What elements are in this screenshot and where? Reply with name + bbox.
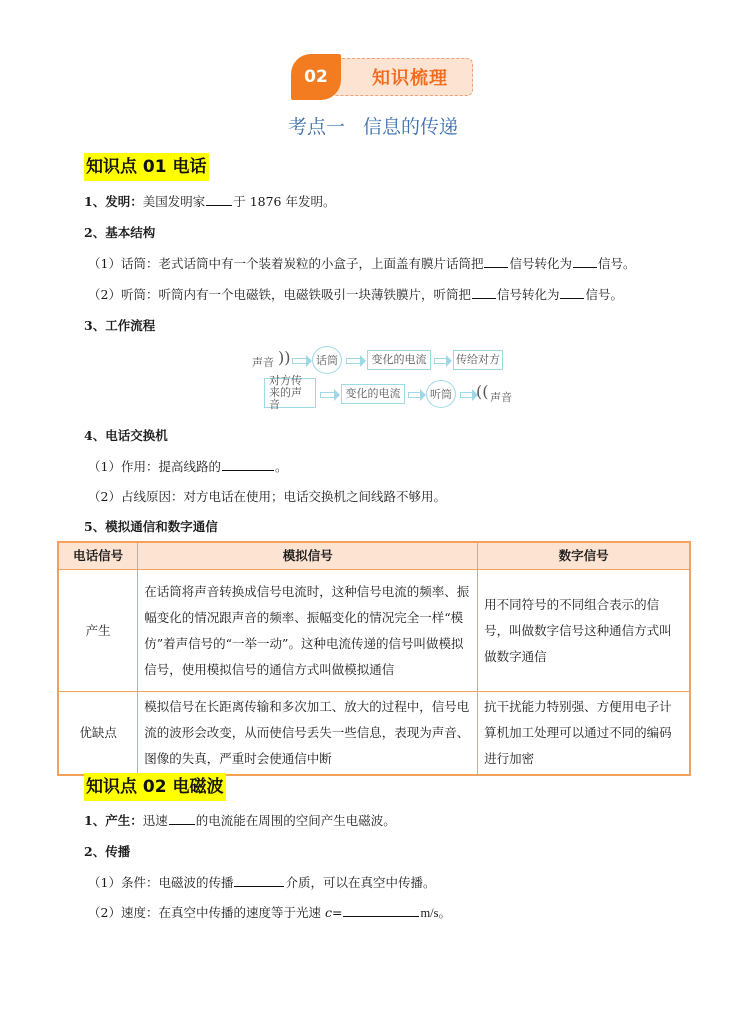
flow-microphone: 话筒 (312, 346, 342, 374)
item-label: 1、发明： (84, 194, 143, 209)
fill-blank[interactable] (560, 286, 584, 299)
cell-digital: 抗干扰能力特别强、方便用电子计算机加工处理可以通过不同的编码进行加密 (478, 692, 690, 776)
fill-blank[interactable] (169, 812, 195, 825)
fill-blank[interactable] (222, 458, 274, 471)
item-text: （1）话筒：老式话筒中有一个装着炭粒的小盒子，上面盖有膜片话筒把 (88, 256, 483, 271)
section-title-telephone: 知识点 01 电话 (84, 153, 209, 181)
item-text: 美国发明家 (143, 194, 206, 209)
arrow-icon (320, 392, 334, 398)
cell-analog: 在话筒将声音转换成信号电流时，这种信号电流的频率、振幅变化的情况跟声音的频率、振… (138, 570, 478, 692)
item-invention: 1、发明：美国发明家于 1876 年发明。 (84, 193, 335, 211)
item-text: （1）条件：电磁波的传播 (88, 875, 233, 890)
table-header-row: 电话信号 模拟信号 数字信号 (58, 542, 690, 570)
section-title-em-wave: 知识点 02 电磁波 (84, 773, 226, 801)
badge-number: 02 (291, 54, 341, 100)
item-text: 信号转化为 (497, 287, 560, 302)
item-workflow-label: 3、工作流程 (84, 317, 155, 335)
header-signal: 电话信号 (58, 542, 138, 570)
item-text: 迅速 (143, 813, 168, 828)
row-label: 优缺点 (58, 692, 138, 776)
item-text: （2）速度：在真空中传播的速度等于光速 (88, 905, 325, 920)
comparison-table: 电话信号 模拟信号 数字信号 产生 在话筒将声音转换成信号电流时，这种信号电流的… (57, 541, 691, 776)
item-structure-label: 2、基本结构 (84, 224, 155, 242)
item-comm-label: 5、模拟通信和数字通信 (84, 518, 218, 536)
topic-title: 信息的传递 (363, 116, 458, 138)
flow-incoming-sound: 对方传来的声音 (264, 378, 316, 408)
topic-label: 考点一 (288, 116, 345, 138)
arrow-icon (434, 358, 446, 364)
item-receiver: （2）听筒：听筒内有一个电磁铁，电磁铁吸引一块薄铁膜片，听筒把信号转化为信号。 (88, 286, 623, 304)
item-em-generation: 1、产生：迅速的电流能在周围的空间产生电磁波。 (84, 812, 396, 830)
flow-send: 传给对方 (453, 350, 503, 370)
item-exchange-label: 4、电话交换机 (84, 427, 168, 445)
item-text: = (332, 905, 342, 920)
arrow-icon (408, 392, 420, 398)
sound-wave-icon: )) (278, 348, 290, 367)
fill-blank[interactable] (234, 874, 284, 887)
item-text: 介质，可以在真空中传播。 (285, 875, 435, 890)
item-text: 信号。 (585, 287, 623, 302)
item-text: 信号。 (598, 256, 636, 271)
badge-label: 知识梳理 (347, 58, 473, 96)
item-text: m/s。 (420, 906, 451, 920)
light-speed-symbol: c (325, 905, 332, 920)
table-row: 优缺点 模拟信号在长距离传输和多次加工、放大的过程中，信号电流的波形会改变，从而… (58, 692, 690, 776)
fill-blank[interactable] (484, 255, 508, 268)
fill-blank[interactable] (206, 193, 232, 206)
section-badge: 02 知识梳理 (291, 54, 475, 100)
item-text: 信号转化为 (509, 256, 572, 271)
item-exchange-function: （1）作用：提高线路的。 (88, 458, 287, 476)
table-row: 产生 在话筒将声音转换成信号电流时，这种信号电流的频率、振幅变化的情况跟声音的频… (58, 570, 690, 692)
flow-sound-in: 声音 (252, 354, 274, 370)
cell-analog: 模拟信号在长距离传输和多次加工、放大的过程中，信号电流的波形会改变，从而使信号丢… (138, 692, 478, 776)
item-text: 于 1876 年发明。 (233, 194, 335, 209)
arrow-icon (460, 392, 472, 398)
sound-wave-icon: (( (476, 382, 488, 401)
item-text: 。 (275, 459, 288, 474)
flow-current-2: 变化的电流 (341, 384, 405, 404)
item-propagation-condition: （1）条件：电磁波的传播介质，可以在真空中传播。 (88, 874, 435, 892)
header-analog: 模拟信号 (138, 542, 478, 570)
item-label: 1、产生： (84, 813, 143, 828)
item-text: （2）听筒：听筒内有一个电磁铁，电磁铁吸引一块薄铁膜片，听筒把 (88, 287, 471, 302)
topic-heading: 考点一 信息的传递 (0, 112, 746, 139)
fill-blank[interactable] (573, 255, 597, 268)
item-microphone: （1）话筒：老式话筒中有一个装着炭粒的小盒子，上面盖有膜片话筒把信号转化为信号。 (88, 255, 636, 273)
item-propagation-label: 2、传播 (84, 843, 130, 861)
row-label: 产生 (58, 570, 138, 692)
workflow-diagram: 声音 )) 话筒 变化的电流 传给对方 对方传来的声音 变化的电流 听筒 (( … (250, 344, 520, 412)
arrow-icon (292, 358, 306, 364)
item-text: （1）作用：提高线路的 (88, 459, 221, 474)
fill-blank[interactable] (343, 904, 419, 917)
item-propagation-speed: （2）速度：在真空中传播的速度等于光速 c=m/s。 (88, 904, 451, 922)
arrow-icon (346, 358, 360, 364)
flow-receiver: 听筒 (426, 380, 456, 408)
flow-sound-out: 声音 (490, 389, 512, 405)
item-text: 的电流能在周围的空间产生电磁波。 (196, 813, 396, 828)
item-busy-reason: （2）占线原因：对方电话在使用；电话交换机之间线路不够用。 (88, 488, 446, 506)
header-digital: 数字信号 (478, 542, 690, 570)
fill-blank[interactable] (472, 286, 496, 299)
cell-digital: 用不同符号的不同组合表示的信号，叫做数字信号这种通信方式叫做数字通信 (478, 570, 690, 692)
flow-current: 变化的电流 (367, 350, 431, 370)
